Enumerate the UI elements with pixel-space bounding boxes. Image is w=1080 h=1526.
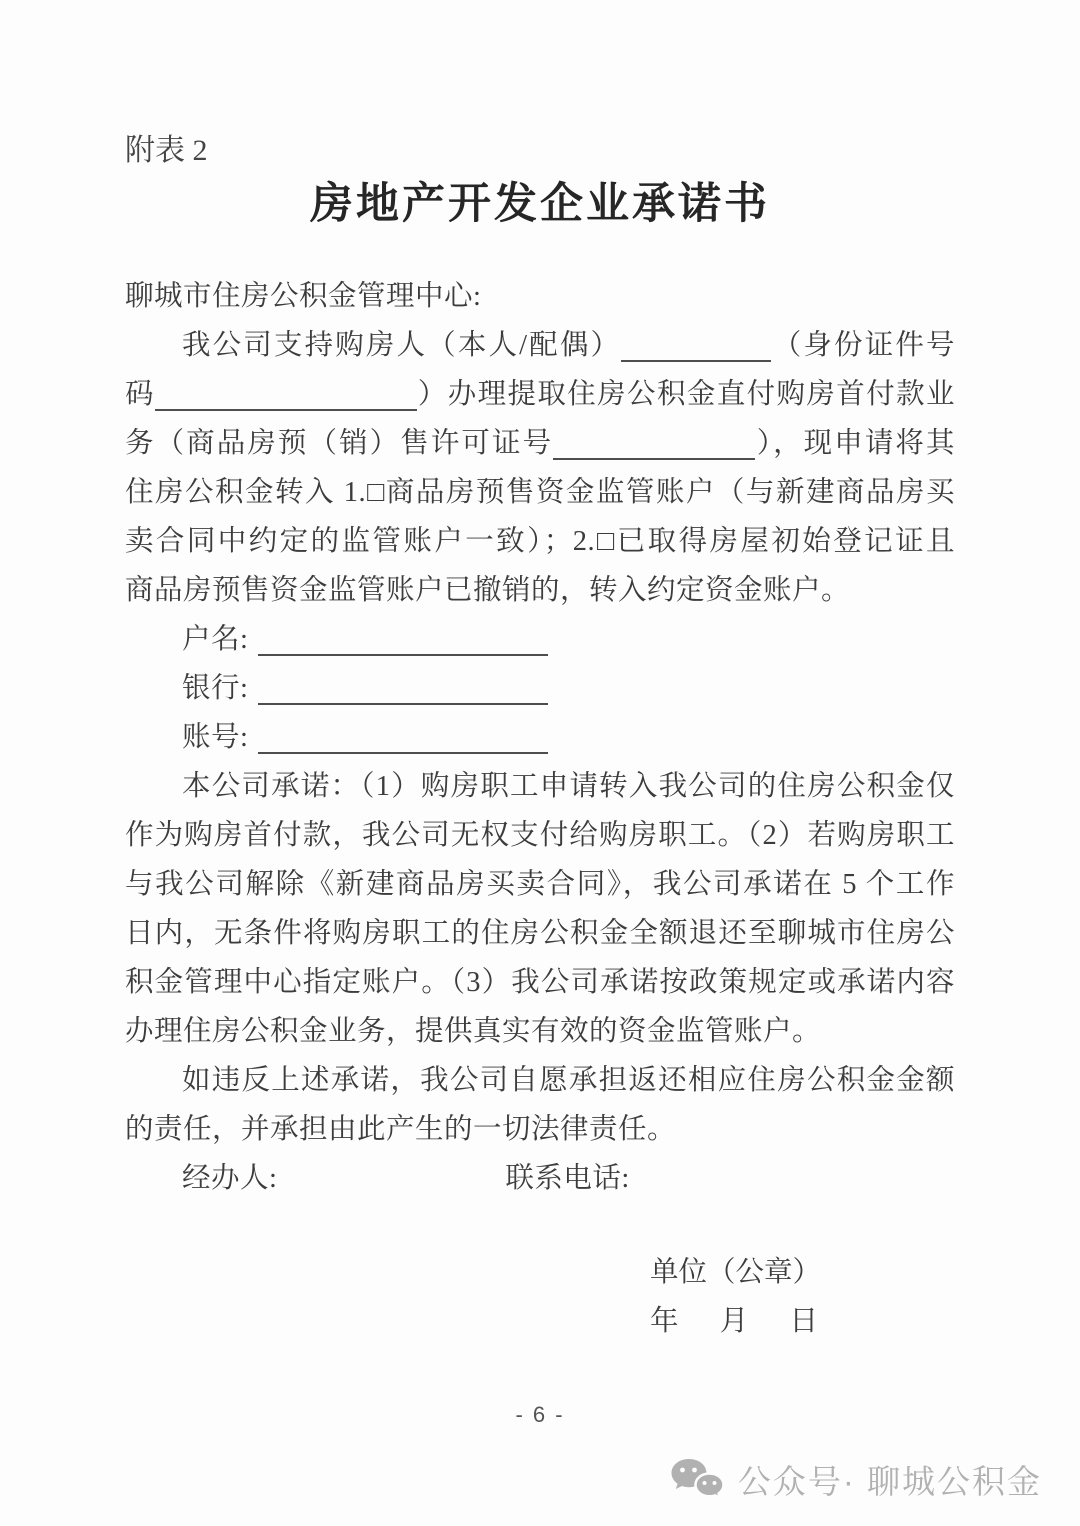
para2-line6: 办理住房公积金业务，提供真实有效的资金监管账户。 [125,1007,955,1056]
signature-day-label: 日 [789,1297,818,1346]
para1-line3-text-b: ），现申请将其 [755,428,955,459]
para3-line1: 如违反上述承诺，我公司自愿承担返还相应住房公积金金额 [125,1056,955,1105]
para2-line1: 本公司承诺：（1）购房职工申请转入我公司的住房公积金仅 [125,762,955,811]
page-number: - 6 - [125,1402,955,1428]
operator-label: 经办人: [182,1163,277,1194]
page-title: 房地产开发企业承诺书 [125,174,955,236]
signature-month-label: 月 [720,1297,749,1346]
phone-label: 联系电话: [505,1163,629,1194]
signature-unit-line: 单位（公章） [650,1248,818,1297]
document-page: 附表 2 房地产开发企业承诺书 聊城市住房公积金管理中心: 我公司支持购房人（本… [0,0,1080,1526]
signature-block: 单位（公章） 年 月 日 [650,1248,818,1346]
para1-line3-text-a: 务（商品房预（销）售许可证号 [125,428,553,459]
para1-line3: 务（商品房预（销）售许可证号），现申请将其 [125,419,955,468]
para2-line5: 积金管理中心指定账户。（3）我公司承诺按政策规定或承诺内容 [125,958,955,1007]
account-name-label: 户名: [182,624,248,655]
wechat-icon [669,1457,725,1503]
account-name-row: 户名: [125,615,955,664]
blank-account-bank [258,673,548,705]
operator-row: 经办人:联系电话: [125,1154,955,1203]
blank-account-name [258,624,548,656]
attachment-label: 附表 2 [125,130,955,172]
blank-id-number [155,379,417,411]
blank-presale-permit [553,428,755,460]
blank-buyer-name [621,330,771,362]
footer-badge-text: 公众号· 聊城公积金 [738,1456,1042,1503]
account-number-label: 账号: [182,722,248,753]
para2-line2: 作为购房首付款，我公司无权支付给购房职工。（2）若购房职工 [125,811,955,860]
para3-line2: 的责任，并承担由此产生的一切法律责任。 [125,1105,955,1154]
para1-line2-text-b: ）办理提取住房公积金直付购房首付款业 [417,379,955,410]
para1-line2-text-a: 码 [125,379,155,410]
blank-account-number [258,722,548,754]
signature-date-line: 年 月 日 [650,1297,818,1346]
para1-line1-text-a: 我公司支持购房人（本人/配偶） [182,330,621,361]
para1-line1-text-b: （身份证件号 [771,330,955,361]
document-body: 聊城市住房公积金管理中心: 我公司支持购房人（本人/配偶）（身份证件号 码）办理… [125,272,955,1203]
footer-badge: 公众号· 聊城公积金 [669,1456,1042,1503]
para2-line3: 与我公司解除《新建商品房买卖合同》，我公司承诺在 5 个工作 [125,860,955,909]
signature-year-label: 年 [650,1297,679,1346]
document-content: 附表 2 房地产开发企业承诺书 聊城市住房公积金管理中心: 我公司支持购房人（本… [125,130,955,1428]
para1-line2: 码）办理提取住房公积金直付购房首付款业 [125,370,955,419]
para1-line5: 卖合同中约定的监管账户一致）；2.□已取得房屋初始登记证且 [125,517,955,566]
para1-line6: 商品房预售资金监管账户已撤销的，转入约定资金账户。 [125,566,955,615]
account-bank-label: 银行: [182,673,248,704]
para1-line1: 我公司支持购房人（本人/配偶）（身份证件号 [125,321,955,370]
para2-line4: 日内，无条件将购房职工的住房公积金全额退还至聊城市住房公 [125,909,955,958]
account-number-row: 账号: [125,713,955,762]
addressee-line: 聊城市住房公积金管理中心: [125,272,955,321]
para1-line4: 住房公积金转入 1.□商品房预售资金监管账户（与新建商品房买 [125,468,955,517]
account-bank-row: 银行: [125,664,955,713]
